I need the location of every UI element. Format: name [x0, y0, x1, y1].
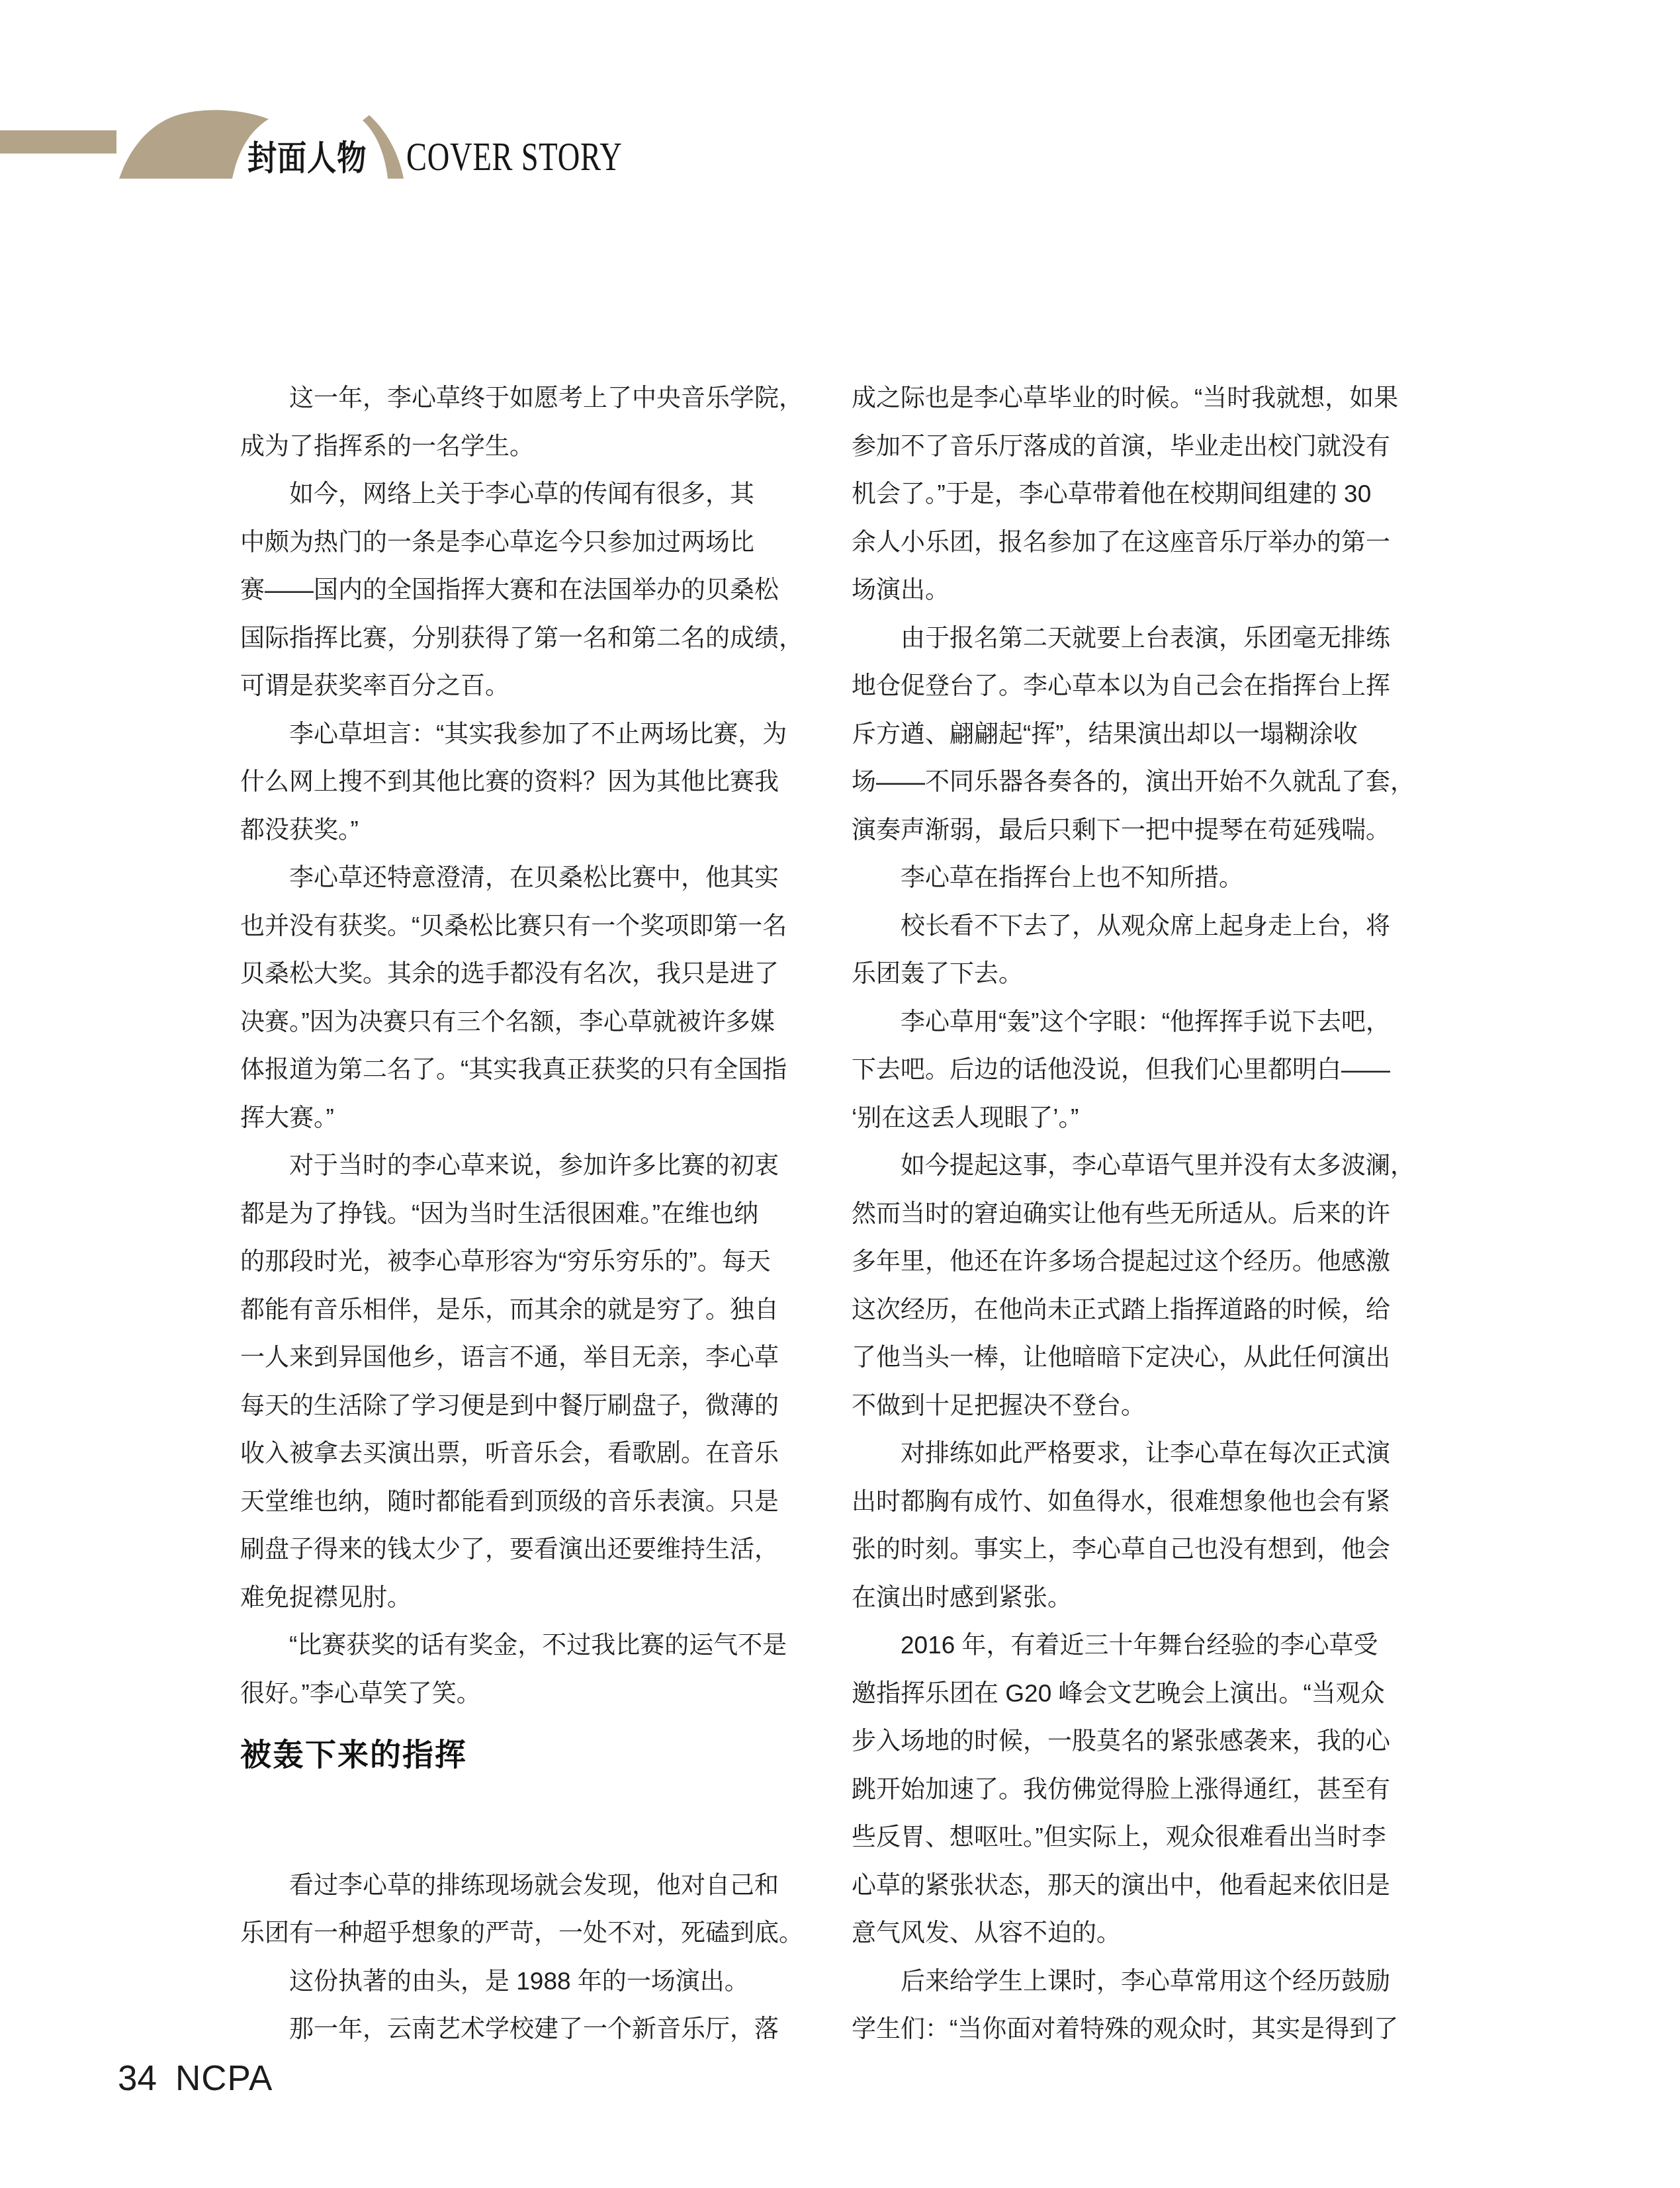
header-bar-decoration: [0, 130, 116, 153]
paragraph: 这一年，李心草终于如愿考上了中央音乐学院， 成为了指挥系的一名学生。: [240, 374, 804, 470]
paragraph: 看过李心草的排练现场就会发现，他对自己和 乐团有一种超乎想象的严苛，一处不对，死…: [240, 1862, 804, 1958]
article-left-column: 这一年，李心草终于如愿考上了中央音乐学院， 成为了指挥系的一名学生。 如今，网络…: [240, 374, 804, 2054]
paragraph: 由于报名第二天就要上台表演，乐团毫无排练 地仓促登台了。李心草本以为自己会在指挥…: [852, 615, 1415, 855]
paragraph: 如今提起这事，李心草语气里并没有太多波澜， 然而当时的窘迫确实让他有些无所适从。…: [852, 1142, 1415, 1430]
paragraph: 李心草在指挥台上也不知所措。: [852, 854, 1415, 902]
paragraph: 校长看不下去了，从观众席上起身走上台，将 乐团轰了下去。: [852, 902, 1415, 998]
page-number: 34: [118, 2059, 157, 2098]
paragraph: 李心草还特意澄清，在贝桑松比赛中，他其实 也并没有获奖。“贝桑松比赛只有一个奖项…: [240, 854, 804, 1142]
section-heading: 被轰下来的指挥: [240, 1731, 804, 1779]
paragraph-continuation: 成之际也是李心草毕业的时候。“当时我就想，如果 参加不了音乐厅落成的首演，毕业走…: [852, 374, 1415, 615]
paragraph: 对排练如此严格要求，让李心草在每次正式演 出时都胸有成竹、如鱼得水，很难想象他也…: [852, 1430, 1415, 1622]
paragraph: 后来给学生上课时，李心草常用这个经历鼓励 学生们：“当你面对着特殊的观众时，其实…: [852, 1958, 1415, 2054]
paragraph: 那一年，云南艺术学校建了一个新音乐厅，落: [240, 2005, 804, 2054]
paragraph: 这份执著的由头，是 1988 年的一场演出。: [240, 1958, 804, 2006]
section-title-en: COVER STORY: [406, 134, 623, 180]
paragraph: 李心草坦言：“其实我参加了不止两场比赛，为 什么网上搜不到其他比赛的资料？因为其…: [240, 711, 804, 855]
section-title-zh: 封面人物: [247, 138, 367, 180]
article-right-column: 成之际也是李心草毕业的时候。“当时我就想，如果 参加不了音乐厅落成的首演，毕业走…: [852, 374, 1415, 2054]
paragraph: 李心草用“轰”这个字眼：“他挥挥手说下去吧， 下去吧。后边的话他没说，但我们心里…: [852, 998, 1415, 1143]
paragraph: “比赛获奖的话有奖金，不过我比赛的运气不是 很好。”李心草笑了笑。: [240, 1622, 804, 1718]
page-footer: 34NCPA: [118, 2059, 273, 2099]
magazine-brand: NCPA: [175, 2059, 273, 2098]
paragraph: 2016 年，有着近三十年舞台经验的李心草受 邀指挥乐团在 G20 峰会文艺晚会…: [852, 1622, 1415, 1958]
paragraph: 如今，网络上关于李心草的传闻有很多，其 中颇为热门的一条是李心草迄今只参加过两场…: [240, 470, 804, 711]
header-small-swoosh-icon: [361, 112, 408, 179]
paragraph: 对于当时的李心草来说，参加许多比赛的初衷 都是为了挣钱。“因为当时生活很困难。”…: [240, 1142, 804, 1622]
